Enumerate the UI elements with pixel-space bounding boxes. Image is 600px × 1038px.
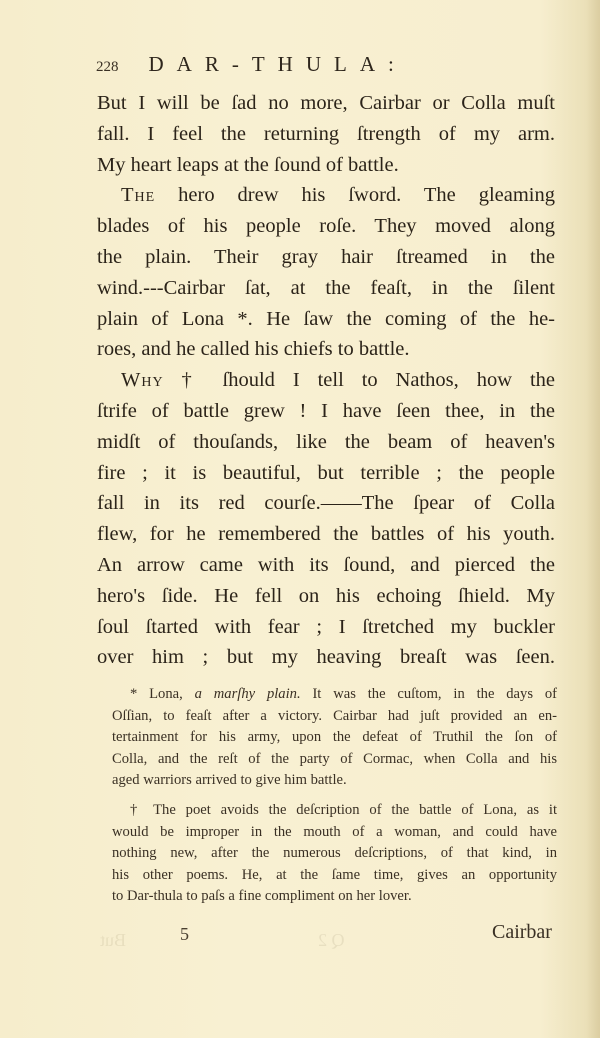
text-line: fire ; it is beautiful, but terrible ; t… [97, 458, 555, 489]
show-through-text: But [100, 930, 126, 951]
catchword: Cairbar [492, 921, 552, 944]
text-line: blades of his people roſe. They moved al… [97, 211, 555, 242]
footnote: † The poet avoids the deſcription of the… [112, 800, 557, 908]
text-line: ſoul ſtarted with fear ; I ſtretched my … [97, 612, 555, 643]
text-line: over him ; but my heaving breaſt was ſee… [97, 642, 555, 673]
text-line: An arrow came with its ſound, and pierce… [97, 550, 555, 581]
paragraph-lead: The [121, 184, 155, 206]
text-line: fall. I feel the returning ſtrength of m… [97, 119, 555, 150]
text-line: wind.---Cairbar ſat, at the feaſt, in th… [97, 273, 555, 304]
paragraph: But I will be ſad no more, Cairbar or Co… [97, 88, 555, 180]
text-line: The hero drew his ſword. The gleaming [97, 180, 555, 211]
footnote-line: to Dar-thula to paſs a fine compliment o… [112, 886, 557, 908]
text-line: plain of Lona *. He ſaw the coming of th… [97, 304, 555, 335]
footnotes: * Lona, a marſhy plain. It was the cuſto… [112, 684, 557, 908]
paragraph: The hero drew his ſword. The gleaming bl… [97, 180, 555, 365]
show-through-text: Q 2 [318, 930, 345, 951]
main-text: But I will be ſad no more, Cairbar or Co… [97, 88, 555, 673]
signature-mark: 5 [180, 924, 189, 945]
text-line: flew, for he remembered the battles of h… [97, 519, 555, 550]
text-line: midſt of thouſands, like the beam of hea… [97, 427, 555, 458]
footnote-line: tertainment for his army, upon the defea… [112, 727, 557, 749]
text-line: But I will be ſad no more, Cairbar or Co… [97, 88, 555, 119]
paragraph: Why † ſhould I tell to Nathos, how the ſ… [97, 365, 555, 673]
text-line: ſtrife of battle grew ! I have ſeen thee… [97, 396, 555, 427]
footnote-line: Colla, and the reſt of the party of Corm… [112, 749, 557, 771]
footnote-marker: † [130, 802, 144, 818]
footnote: * Lona, a marſhy plain. It was the cuſto… [112, 684, 557, 792]
footnote-line: aged warriors arrived to give him battle… [112, 770, 557, 792]
footnote-line: * Lona, a marſhy plain. It was the cuſto… [112, 684, 557, 706]
paragraph-lead: Why [121, 369, 164, 391]
running-header: 228 DAR-THULA: [96, 52, 556, 82]
footnote-line: his other poems. He, at the ſame time, g… [112, 865, 557, 887]
footnote-line: nothing new, after the numerous deſcript… [112, 843, 557, 865]
text-line: My heart leaps at the ſound of battle. [97, 150, 555, 181]
footnote-term: Lona, [149, 686, 183, 702]
text-line: roes, and he called his chiefs to battle… [97, 334, 555, 365]
text-line: hero's ſide. He fell on his echoing ſhie… [97, 581, 555, 612]
text-line: the plain. Their gray hair ſtreamed in t… [97, 242, 555, 273]
footnote-marker: * [130, 686, 137, 702]
footnote-line: † The poet avoids the deſcription of the… [112, 800, 557, 822]
footnote-line: Oſſian, to feaſt after a victory. Cairba… [112, 706, 557, 728]
page-number: 228 [96, 59, 119, 76]
text-line: Why † ſhould I tell to Nathos, how the [97, 365, 555, 396]
running-title: DAR-THULA: [149, 52, 407, 77]
footnote-line: would be improper in the mouth of a woma… [112, 822, 557, 844]
page-edge-shadow [586, 0, 600, 1038]
footnote-gloss: a marſhy plain. [195, 686, 301, 702]
text-line: fall in its red courſe.——The ſpear of Co… [97, 488, 555, 519]
